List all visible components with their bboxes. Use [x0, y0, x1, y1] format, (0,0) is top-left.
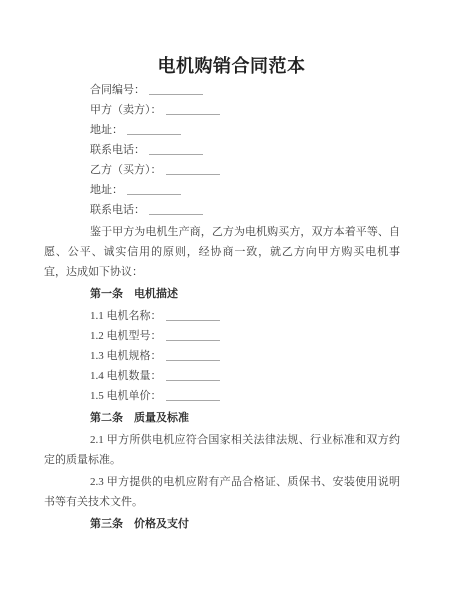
preamble-paragraph: 鉴于甲方为电机生产商，乙方为电机购买方，双方本着平等、自 愿、公平、诚实信用的原… — [44, 222, 400, 282]
field-label: 联系电话： — [90, 204, 145, 216]
field-label: 联系电话： — [90, 144, 145, 156]
clause-2-3-paragraph: 2.3 甲方提供的电机应附有产品合格证、质保书、安装使用说明 书等有关技术文件。 — [44, 472, 400, 512]
form-line-address-a: 地址： — [44, 120, 400, 140]
clause-line-motor-model: 1.2 电机型号： — [44, 326, 400, 346]
blank-line — [166, 358, 220, 361]
contract-title: 电机购销合同范本 — [0, 52, 463, 78]
clause-line-motor-quantity: 1.4 电机数量： — [44, 366, 400, 386]
blank-line — [166, 338, 220, 341]
field-label: 甲方（卖方）： — [90, 104, 162, 116]
blank-line — [166, 318, 220, 321]
form-line-party-a: 甲方（卖方）： — [44, 100, 400, 120]
field-label: 合同编号： — [90, 84, 145, 96]
preamble-line: 宜，达成如下协议： — [44, 262, 400, 282]
clause-line-motor-price: 1.5 电机单价： — [44, 386, 400, 406]
preamble-line: 愿、公平、诚实信用的原则，经协商一致，就乙方向甲方购买电机事 — [44, 242, 400, 262]
preamble-line: 鉴于甲方为电机生产商，乙方为电机购买方，双方本着平等、自 — [44, 222, 400, 242]
section-heading-2: 第二条 质量及标准 — [44, 408, 400, 428]
clause-label: 1.3 电机规格： — [90, 350, 162, 362]
blank-line — [127, 192, 181, 195]
field-label: 地址： — [90, 124, 123, 136]
clause-label: 1.2 电机型号： — [90, 330, 162, 342]
form-line-contract-number: 合同编号： — [44, 80, 400, 100]
form-line-party-b: 乙方（买方）： — [44, 160, 400, 180]
clause-label: 1.5 电机单价： — [90, 390, 162, 402]
field-label: 乙方（买方）： — [90, 164, 162, 176]
contract-document-page: 电机购销合同范本 合同编号： 甲方（卖方）： 地址： 联系电话： 乙方（买方）：… — [0, 0, 463, 600]
contract-body: 合同编号： 甲方（卖方）： 地址： 联系电话： 乙方（买方）： 地址： 联系电话… — [44, 80, 400, 534]
blank-line — [166, 378, 220, 381]
form-line-phone-a: 联系电话： — [44, 140, 400, 160]
clause-line-motor-spec: 1.3 电机规格： — [44, 346, 400, 366]
clause-2-1-paragraph: 2.1 甲方所供电机应符合国家相关法律法规、行业标准和双方约 定的质量标准。 — [44, 430, 400, 470]
paragraph-line: 2.1 甲方所供电机应符合国家相关法律法规、行业标准和双方约 — [44, 430, 400, 450]
clause-label: 1.1 电机名称： — [90, 310, 162, 322]
clause-label: 1.4 电机数量： — [90, 370, 162, 382]
form-line-phone-b: 联系电话： — [44, 200, 400, 220]
section-1-clauses: 1.1 电机名称： 1.2 电机型号： 1.3 电机规格： 1.4 电机数量： … — [44, 306, 400, 406]
field-label: 地址： — [90, 184, 123, 196]
clause-line-motor-name: 1.1 电机名称： — [44, 306, 400, 326]
blank-line — [166, 172, 220, 175]
blank-line — [127, 132, 181, 135]
section-heading-1: 第一条 电机描述 — [44, 284, 400, 304]
paragraph-line: 定的质量标准。 — [44, 450, 400, 470]
paragraph-line: 书等有关技术文件。 — [44, 492, 400, 512]
form-line-address-b: 地址： — [44, 180, 400, 200]
blank-line — [149, 152, 203, 155]
blank-line — [166, 112, 220, 115]
section-heading-3: 第三条 价格及支付 — [44, 514, 400, 534]
blank-line — [149, 212, 203, 215]
blank-line — [149, 92, 203, 95]
paragraph-line: 2.3 甲方提供的电机应附有产品合格证、质保书、安装使用说明 — [44, 472, 400, 492]
blank-line — [166, 398, 220, 401]
